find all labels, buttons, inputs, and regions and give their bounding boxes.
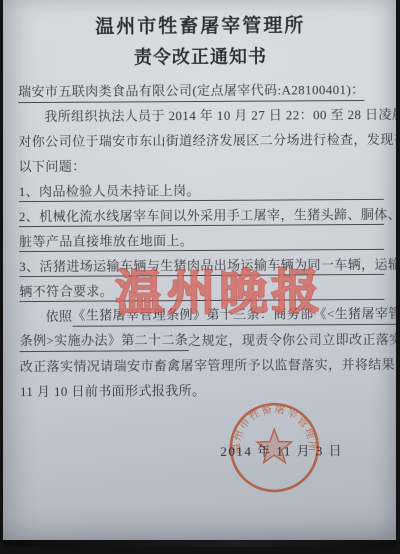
document-paper: 温州市牲畜屠宰管理所 责令改正通知书 瑞安市五联肉类食品有限公司(定点屠宰代码:… (3, 0, 396, 547)
paragraph1-line1: 我所组织执法人员于 2014 年 10 月 27 日 22：00 至 28 日凌… (18, 103, 383, 130)
legal-citation-prefix: 依照 (45, 305, 72, 330)
document-title-line2: 责令改正通知书 (18, 41, 383, 73)
recipient-line: 瑞安市五联肉类食品有限公司(定点屠宰代码:A28100401)： (18, 78, 383, 105)
legal-citation-rest: 之规定，现责令你公司立即改正落实。 (188, 328, 396, 354)
photo-bottom-edge (3, 540, 396, 547)
seal-star-icon (257, 429, 292, 463)
document-body: 瑞安市五联肉类食品有限公司(定点屠宰代码:A28100401)： 我所组织执法人… (18, 78, 385, 405)
document-photo: 温州市牲畜屠宰管理所 责令改正通知书 瑞安市五联肉类食品有限公司(定点屠宰代码:… (0, 0, 400, 554)
violation-item1: 1、肉品检验人员未持证上岗。 (19, 178, 384, 205)
document-title-line1: 温州市牲畜屠宰管理所 (18, 11, 383, 43)
official-seal: 温州市牲畜屠宰管理所 (225, 398, 324, 497)
legal-citation-underlined2: 条例>实施办法》第二十二条 (20, 329, 189, 352)
violation-item2-line1: 2、机械化流水线屠宰车间以外采用手工屠宰，生猪头蹄、胴体、内 (19, 203, 384, 230)
violation-item2-line2: 脏等产品直接堆放在地面上。 (19, 228, 384, 255)
news-watermark: 温州晚报 (115, 263, 323, 322)
closing-line1: 改正落实情况请瑞安市畜禽屠宰管理所予以监督落实，并将结果于 (20, 353, 385, 380)
legal-citation-line2: 条例>实施办法》第二十二条之规定，现责令你公司立即改正落实。 (20, 328, 385, 355)
paper-tilt-layer: 温州市牲畜屠宰管理所 责令改正通知书 瑞安市五联肉类食品有限公司(定点屠宰代码:… (3, 0, 396, 547)
document-content: 温州市牲畜屠宰管理所 责令改正通知书 瑞安市五联肉类食品有限公司(定点屠宰代码:… (18, 11, 385, 405)
paragraph1-line2: 对你公司位于瑞安市东山街道经济发展区二分场进行检查，发现存在 (18, 128, 383, 155)
paragraph1-line3: 以下问题： (19, 153, 384, 180)
closing-line2: 11 月 10 日前书面形式报我所。 (20, 378, 385, 405)
recipient-text: 瑞安市五联肉类食品有限公司(定点屠宰代码:A28100401)： (18, 79, 365, 103)
